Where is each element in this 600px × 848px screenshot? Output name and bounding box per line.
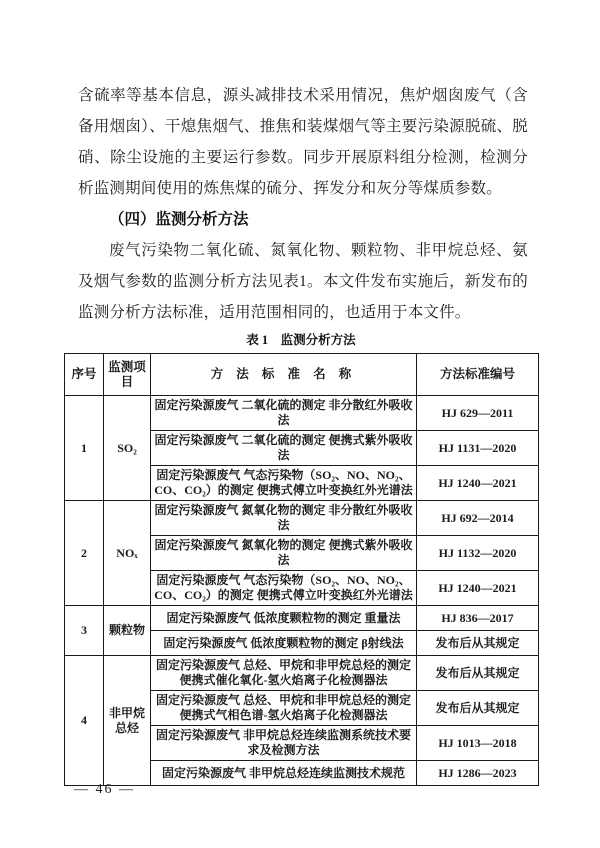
method-name-cell: 固定污染源废气 氮氧化物的测定 非分散红外吸收法 <box>151 501 417 536</box>
standard-code-cell: HJ 1240—2021 <box>417 571 539 606</box>
item-cell: 非甲烷总烃 <box>104 656 151 786</box>
standard-code-cell: HJ 1286—2023 <box>417 761 539 786</box>
method-name-cell: 固定污染源废气 二氧化硫的测定 非分散红外吸收法 <box>151 396 417 431</box>
method-name-cell: 固定污染源废气 非甲烷总烃连续监测技术规范 <box>151 761 417 786</box>
standard-code-cell: 发布后从其规定 <box>417 631 539 656</box>
method-name-cell: 固定污染源废气 总烃、甲烷和非甲烷总烃的测定 便携式催化氧化-氢火焰离子化检测器… <box>151 656 417 691</box>
table-row: 2 NOₓ 固定污染源废气 氮氧化物的测定 非分散红外吸收法 HJ 692—20… <box>65 501 539 536</box>
standard-code-cell: HJ 629—2011 <box>417 396 539 431</box>
method-name-cell: 固定污染源废气 低浓度颗粒物的测定 β射线法 <box>151 631 417 656</box>
monitoring-methods-table: 序号 监测项目 方 法 标 准 名 称 方法标准编号 1 SO₂ 固定污染源废气… <box>64 353 539 786</box>
method-name-cell: 固定污染源废气 非甲烷总烃连续监测系统技术要求及检测方法 <box>151 726 417 761</box>
body-paragraph-1: 含硫率等基本信息，源头减排技术采用情况，焦炉烟囱废气（含备用烟囱）、干熄焦烟气、… <box>78 0 528 204</box>
seq-cell: 4 <box>65 656 104 786</box>
seq-cell: 3 <box>65 606 104 656</box>
item-cell: NOₓ <box>104 501 151 606</box>
standard-code-cell: HJ 692—2014 <box>417 501 539 536</box>
table-row: 4 非甲烷总烃 固定污染源废气 总烃、甲烷和非甲烷总烃的测定 便携式催化氧化-氢… <box>65 656 539 691</box>
table-row: 1 SO₂ 固定污染源废气 二氧化硫的测定 非分散红外吸收法 HJ 629—20… <box>65 396 539 431</box>
seq-cell: 1 <box>65 396 104 501</box>
method-name-cell: 固定污染源废气 气态污染物（SO₂、NO、NO₂、CO、CO₂）的测定 便携式傅… <box>151 571 417 606</box>
item-cell: SO₂ <box>104 396 151 501</box>
standard-code-cell: HJ 1131—2020 <box>417 431 539 466</box>
body-paragraph-2: 废气污染物二氧化硫、氮氧化物、颗粒物、非甲烷总烃、氨及烟气参数的监测分析方法见表… <box>78 235 528 328</box>
col-header-seq: 序号 <box>65 354 104 396</box>
method-name-cell: 固定污染源废气 二氧化硫的测定 便携式紫外吸收法 <box>151 431 417 466</box>
standard-code-cell: 发布后从其规定 <box>417 691 539 726</box>
col-header-standard-code: 方法标准编号 <box>417 354 539 396</box>
seq-cell: 2 <box>65 501 104 606</box>
method-name-cell: 固定污染源废气 氮氧化物的测定 便携式紫外吸收法 <box>151 536 417 571</box>
item-cell: 颗粒物 <box>104 606 151 656</box>
standard-code-cell: HJ 1132—2020 <box>417 536 539 571</box>
method-name-cell: 固定污染源废气 总烃、甲烷和非甲烷总烃的测定 便携式气相色谱-氢火焰离子化检测器… <box>151 691 417 726</box>
page-number: — 46 — <box>74 782 135 798</box>
col-header-method-name: 方 法 标 准 名 称 <box>151 354 417 396</box>
section-heading: （四）监测分析方法 <box>78 204 528 235</box>
standard-code-cell: 发布后从其规定 <box>417 656 539 691</box>
standard-code-cell: HJ 1240—2021 <box>417 466 539 501</box>
method-name-cell: 固定污染源废气 气态污染物（SO₂、NO、NO₂、CO、CO₂）的测定 便携式傅… <box>151 466 417 501</box>
col-header-item: 监测项目 <box>104 354 151 396</box>
document-page: 含硫率等基本信息，源头减排技术采用情况，焦炉烟囱废气（含备用烟囱）、干熄焦烟气、… <box>0 0 600 848</box>
standard-code-cell: HJ 836—2017 <box>417 606 539 631</box>
table-caption: 表 1 监测分析方法 <box>64 332 538 348</box>
table-row: 3 颗粒物 固定污染源废气 低浓度颗粒物的测定 重量法 HJ 836—2017 <box>65 606 539 631</box>
method-name-cell: 固定污染源废气 低浓度颗粒物的测定 重量法 <box>151 606 417 631</box>
standard-code-cell: HJ 1013—2018 <box>417 726 539 761</box>
table-header-row: 序号 监测项目 方 法 标 准 名 称 方法标准编号 <box>65 354 539 396</box>
